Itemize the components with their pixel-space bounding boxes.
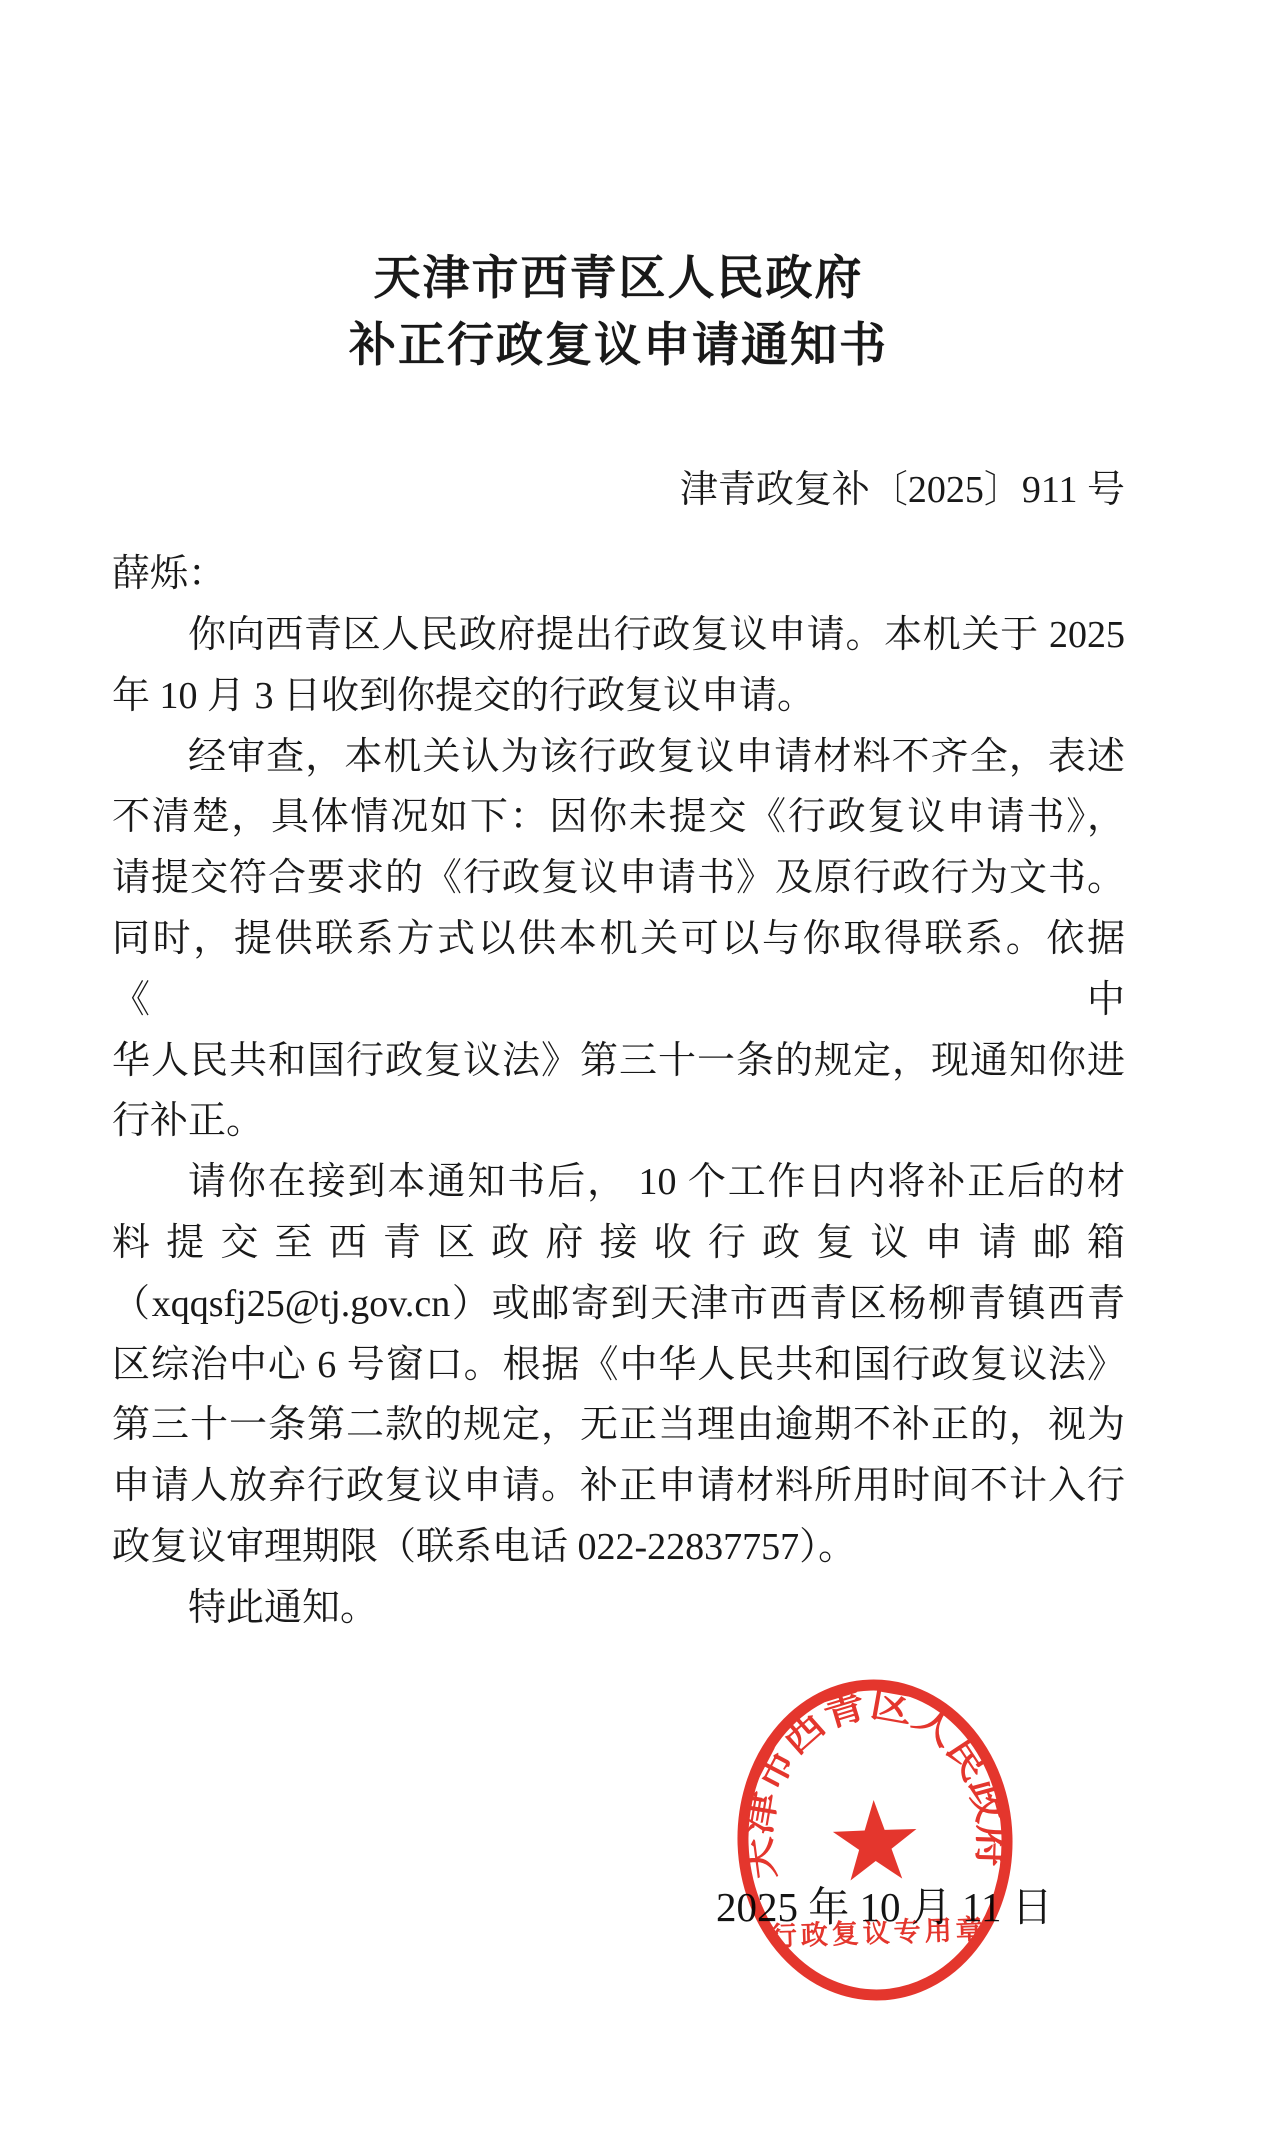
body-line: 请你在接到本通知书后， 10 个工作日内将补正后的材 <box>112 1152 1125 1213</box>
official-seal: 天津市西青区人民政府 行政复议专用章 <box>725 1669 1024 2011</box>
seal-star-icon <box>832 1799 918 1881</box>
addressee: 薛烁： <box>112 544 1125 604</box>
notice-body: 你向西青区人民政府提出行政复议申请。本机关于 2025年 10 月 3 日收到你… <box>112 605 1125 1639</box>
body-line: 你向西青区人民政府提出行政复议申请。本机关于 2025 <box>112 605 1125 666</box>
document-title: 天津市西青区人民政府 补正行政复议申请通知书 <box>112 246 1125 380</box>
body-line: 行补正。 <box>112 1091 1125 1152</box>
title-line-1: 天津市西青区人民政府 <box>112 246 1125 313</box>
body-line: 年 10 月 3 日收到你提交的行政复议申请。 <box>112 666 1125 727</box>
body-line: 特此通知。 <box>112 1578 1125 1639</box>
official-seal-graphic: 天津市西青区人民政府 行政复议专用章 <box>725 1669 1024 2011</box>
body-line: 区综治中心 6 号窗口。根据《中华人民共和国行政复议法》 <box>112 1335 1125 1396</box>
document-number: 津青政复补〔2025〕911 号 <box>112 464 1125 516</box>
body-line: 料提交至西青区政府接收行政复议申请邮箱 <box>112 1213 1125 1274</box>
body-line: 第三十一条第二款的规定，无正当理由逾期不补正的，视为 <box>112 1395 1125 1456</box>
title-line-2: 补正行政复议申请通知书 <box>112 313 1125 380</box>
seal-bottom-text: 行政复议专用章 <box>769 1913 987 1952</box>
body-line: 申请人放弃行政复议申请。补正申请材料所用时间不计入行 <box>112 1456 1125 1517</box>
notice-document-page: 天津市西青区人民政府 补正行政复议申请通知书 津青政复补〔2025〕911 号 … <box>0 0 1280 2144</box>
body-line: 请提交符合要求的《行政复议申请书》及原行政行为文书。 <box>112 848 1125 909</box>
body-line: 华人民共和国行政复议法》第三十一条的规定，现通知你进 <box>112 1031 1125 1092</box>
body-line: （xqqsfj25@tj.gov.cn）或邮寄到天津市西青区杨柳青镇西青 <box>112 1274 1125 1335</box>
body-line: 不清楚，具体情况如下：因你未提交《行政复议申请书》， <box>112 787 1125 848</box>
body-line: 经审查，本机关认为该行政复议申请材料不齐全，表述 <box>112 727 1125 788</box>
body-line: 同时，提供联系方式以供本机关可以与你取得联系。依据《中 <box>112 909 1125 1031</box>
body-line: 政复议审理期限（联系电话 022-22837757）。 <box>112 1517 1125 1578</box>
